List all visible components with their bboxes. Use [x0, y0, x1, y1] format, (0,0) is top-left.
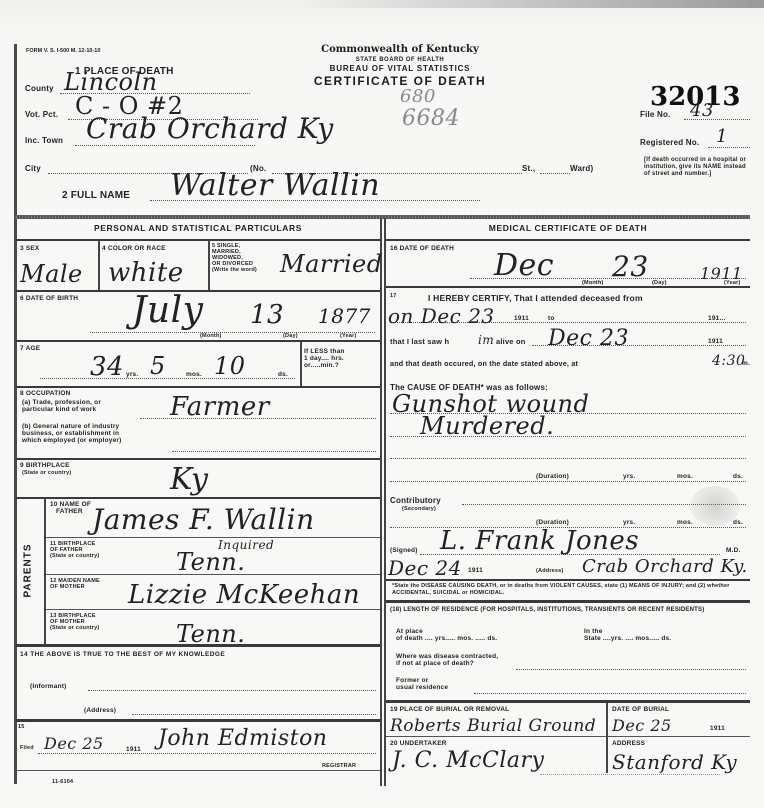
- signed-year: 1911: [468, 567, 483, 574]
- residence-at-place-label: At place of death .... yrs..... mos. ...…: [396, 628, 497, 642]
- dob-month-caption: (Month): [200, 333, 222, 339]
- informant-statement: 14 THE ABOVE IS TRUE TO THE BEST OF MY K…: [20, 651, 225, 658]
- informant-line: [88, 690, 376, 691]
- age-label: 7 AGE: [20, 345, 40, 352]
- inc-town-value: Crab Orchard Ky: [86, 112, 334, 145]
- burial-place-label: 19 PLACE OF BURIAL OR REMOVAL: [390, 707, 509, 713]
- death-month-caption: (Month): [582, 280, 604, 286]
- age-line: [40, 378, 295, 379]
- alive-on-value: Dec 23: [548, 326, 629, 351]
- physician-address-label: (Address): [536, 568, 563, 574]
- death-time: 4:30: [712, 353, 745, 369]
- ward-line: [540, 173, 570, 174]
- bottom-dotted-line: [540, 774, 720, 775]
- registrar-signature: John Edmiston: [158, 726, 327, 751]
- attended-to-year: 191...: [708, 315, 725, 322]
- mother-birthplace-label: 13 BIRTHPLACE OF MOTHER (State or countr…: [50, 613, 99, 631]
- rule-medical-top: [386, 239, 750, 241]
- informant-address-label: (Address): [84, 707, 116, 714]
- form-number: FORM V. S. I-500 M. 12-10-10: [26, 48, 100, 54]
- undertaker-address-label: ADDRESS: [612, 741, 645, 747]
- where-contracted-label: Where was disease contracted, if not at …: [396, 653, 498, 667]
- board-title: STATE BOARD OF HEALTH: [250, 57, 550, 63]
- full-name-label: 2 FULL NAME: [62, 190, 130, 201]
- pencil-note-1: 680: [400, 86, 436, 107]
- commonwealth-title: Commonwealth of Kentucky: [250, 44, 550, 55]
- death-time-suffix: m.: [742, 360, 750, 367]
- mother-birthplace-value: Tenn.: [176, 620, 245, 648]
- filed-label: Filed: [20, 745, 34, 751]
- rule-after-father: [44, 537, 380, 538]
- race-label: 4 COLOR OR RACE: [102, 245, 166, 252]
- dob-label: 6 DATE OF BIRTH: [20, 295, 78, 302]
- rule-after-residence: [386, 700, 750, 703]
- inc-town-label: Inc. Town: [25, 136, 63, 145]
- duration-mos-1: mos.: [676, 473, 694, 480]
- divider-burial-date: [606, 703, 608, 773]
- sex-label: 3 SEX: [20, 245, 39, 252]
- alive-on-year: 1911: [708, 338, 723, 345]
- scan-edge-shadow: [300, 0, 764, 8]
- father-name-value: James F. Wallin: [92, 503, 315, 536]
- left-border: [14, 44, 17, 784]
- undertaker-label: 20 UNDERTAKER: [390, 741, 447, 747]
- duration-line-1: [390, 481, 746, 482]
- divider-race-marital: [208, 240, 210, 290]
- burial-place-value: Roberts Burial Ground: [390, 716, 596, 736]
- mother-name-label: 12 MAIDEN NAME OF MOTHER: [50, 578, 100, 590]
- age-yrs-label: yrs.: [126, 371, 138, 378]
- institution-note: [If death occurred in a hospital or inst…: [644, 157, 750, 178]
- dob-line: [90, 332, 375, 333]
- registered-no-value: 1: [716, 126, 728, 147]
- date-of-death-label: 16 DATE OF DEATH: [390, 245, 454, 252]
- attended-from-year: 1911: [514, 315, 529, 322]
- cause-value-2: Murdered.: [420, 412, 554, 440]
- duration-ds-1: ds.: [732, 473, 744, 480]
- registrar-label: REGISTRAR: [322, 763, 356, 769]
- personal-section-title: PERSONAL AND STATISTICAL PARTICULARS: [16, 223, 380, 233]
- rule-after-dob: [16, 340, 380, 342]
- burial-year: 1911: [710, 725, 725, 732]
- dob-day-caption: (Day): [283, 333, 298, 339]
- vot-pct-label: Vot. Pct.: [25, 110, 58, 119]
- duration-mos-2: mos.: [676, 519, 694, 526]
- contributory-sub: (Secondary): [402, 506, 436, 512]
- age-ds-label: ds.: [278, 371, 288, 378]
- file-no-label: File No.: [640, 110, 671, 119]
- duration-yrs-1: yrs.: [622, 473, 636, 480]
- contributory-label: Contributory: [390, 496, 441, 505]
- death-month: Dec: [494, 248, 554, 283]
- rule-after-age: [16, 386, 380, 388]
- header-separator: [14, 215, 750, 219]
- pencil-note-2: 6684: [402, 106, 460, 131]
- death-occurred-text: and that death occured, on the date stat…: [390, 360, 578, 367]
- age-days: 10: [214, 352, 246, 380]
- stain: [690, 486, 740, 526]
- informant-address-line: [132, 714, 376, 715]
- divider-sex-race: [98, 240, 100, 290]
- county-label: County: [25, 84, 54, 93]
- attended-to-label: to: [548, 315, 555, 322]
- signed-date: Dec 24: [388, 556, 462, 580]
- father-name-label: 10 NAME OF FATHER: [50, 501, 91, 515]
- occupation-label: 8 OCCUPATION: [20, 390, 71, 397]
- certify-number: 17: [390, 293, 397, 299]
- death-day-caption: (Day): [652, 280, 667, 286]
- rule-after-informant: [16, 719, 380, 722]
- less-than-day-label: If LESS than 1 day.... hrs. or.....min.?: [304, 348, 345, 369]
- death-certificate-page: FORM V. S. I-500 M. 12-10-10 Commonwealt…: [0, 0, 764, 808]
- duration-ds-2: ds.: [732, 519, 744, 526]
- cause-footnote: *State the DISEASE CAUSING DEATH, or in …: [392, 583, 746, 597]
- rule-bottom-left: [16, 770, 380, 771]
- duration-label-1: (Duration): [534, 473, 571, 480]
- street-label: St.,: [522, 164, 535, 173]
- ward-label: Ward): [570, 164, 593, 173]
- occupation-a-label: (a) Trade, profession, or particular kin…: [22, 399, 101, 413]
- parents-side-label: PARENTS: [23, 541, 34, 601]
- undertaker-value: J. C. McClary: [392, 748, 544, 773]
- race-value: white: [108, 258, 184, 288]
- birthplace-value: Ky: [170, 462, 208, 497]
- divider-parents: [44, 498, 46, 644]
- cause-line-3: [390, 458, 746, 459]
- occupation-a-value: Farmer: [170, 392, 270, 422]
- dob-day: 13: [250, 300, 284, 330]
- former-residence-label: Former or usual residence: [396, 677, 448, 691]
- rule-personal-top: [16, 239, 380, 241]
- marital-label: 5 SINGLE, MARRIED, WIDOWED, OR DIVORCED …: [212, 243, 257, 273]
- last-saw-pronoun: im: [478, 333, 494, 347]
- occupation-b-label: (b) General nature of industry business,…: [22, 423, 122, 444]
- filing-number: 15: [18, 724, 25, 730]
- rule-after-burial: [386, 736, 750, 737]
- marital-value: Married: [280, 250, 383, 278]
- certificate-header: Commonwealth of Kentucky STATE BOARD OF …: [250, 44, 550, 88]
- md-label: M.D.: [726, 547, 741, 554]
- birthplace-label: 9 BIRTHPLACE: [20, 462, 70, 469]
- burial-date-label: DATE OF BURIAL: [612, 707, 669, 713]
- age-months: 5: [150, 352, 166, 380]
- age-mos-label: mos.: [186, 371, 202, 378]
- death-year-caption: (Year): [724, 280, 741, 286]
- dob-month: July: [132, 290, 203, 331]
- dob-year-caption: (Year): [340, 333, 357, 339]
- father-birthplace-label: 11 BIRTHPLACE OF FATHER (State or countr…: [50, 541, 99, 559]
- physician-address: Crab Orchard Ky.: [582, 556, 748, 577]
- informant-label: (Informant): [30, 683, 67, 690]
- rule-after-death-date: [386, 286, 750, 288]
- city-label: City: [25, 164, 41, 173]
- inc-town-line: [75, 145, 255, 146]
- undertaker-address-value: Stanford Ky: [612, 750, 737, 774]
- center-divider-left: [380, 218, 382, 786]
- divider-age-less: [300, 341, 302, 386]
- bureau-title: BUREAU OF VITAL STATISTICS: [250, 64, 550, 73]
- alive-on-label: alive on: [496, 338, 526, 345]
- dob-year: 1877: [318, 304, 371, 328]
- filed-year: 1911: [126, 746, 141, 753]
- last-saw-text: that I last saw h: [390, 338, 449, 345]
- footer-code: 11-6104: [52, 779, 73, 785]
- mother-name-value: Lizzie McKeehan: [128, 580, 360, 610]
- filed-line: [38, 753, 376, 754]
- length-of-residence-label: (18) LENGTH OF RESIDENCE (FOR HOSPITALS,…: [390, 607, 746, 614]
- registered-no-line: [708, 147, 750, 148]
- medical-section-title: MEDICAL CERTIFICATE OF DEATH: [386, 223, 750, 233]
- where-contracted-line: [516, 669, 746, 670]
- full-name-value: Walter Wallin: [170, 168, 380, 203]
- certify-text: I HEREBY CERTIFY, That I attended deceas…: [428, 293, 643, 303]
- birthplace-sub-label: (State or country): [22, 470, 71, 476]
- rule-after-footnote: [386, 600, 750, 603]
- file-no-value: 43: [690, 100, 714, 121]
- signed-label: (Signed): [390, 547, 418, 554]
- residence-in-state-label: In the State ....yrs. .... mos..... ds.: [584, 628, 671, 642]
- death-day: 23: [612, 250, 649, 283]
- physician-signature: L. Frank Jones: [440, 526, 639, 556]
- age-years: 34: [90, 352, 124, 382]
- registered-no-label: Registered No.: [640, 138, 699, 147]
- former-residence-line: [474, 693, 746, 694]
- filed-date: Dec 25: [44, 734, 104, 753]
- rule-after-occupation: [16, 458, 380, 460]
- occupation-b-line: [172, 451, 376, 452]
- father-birthplace-value: Tenn.: [176, 548, 245, 576]
- burial-date-value: Dec 25: [612, 716, 672, 735]
- duration-label-2: (Duration): [534, 519, 571, 526]
- attended-from: on Dec 23: [388, 304, 495, 328]
- duration-yrs-2: yrs.: [622, 519, 636, 526]
- rule-after-birthplace: [16, 497, 380, 499]
- sex-value: Male: [20, 260, 83, 288]
